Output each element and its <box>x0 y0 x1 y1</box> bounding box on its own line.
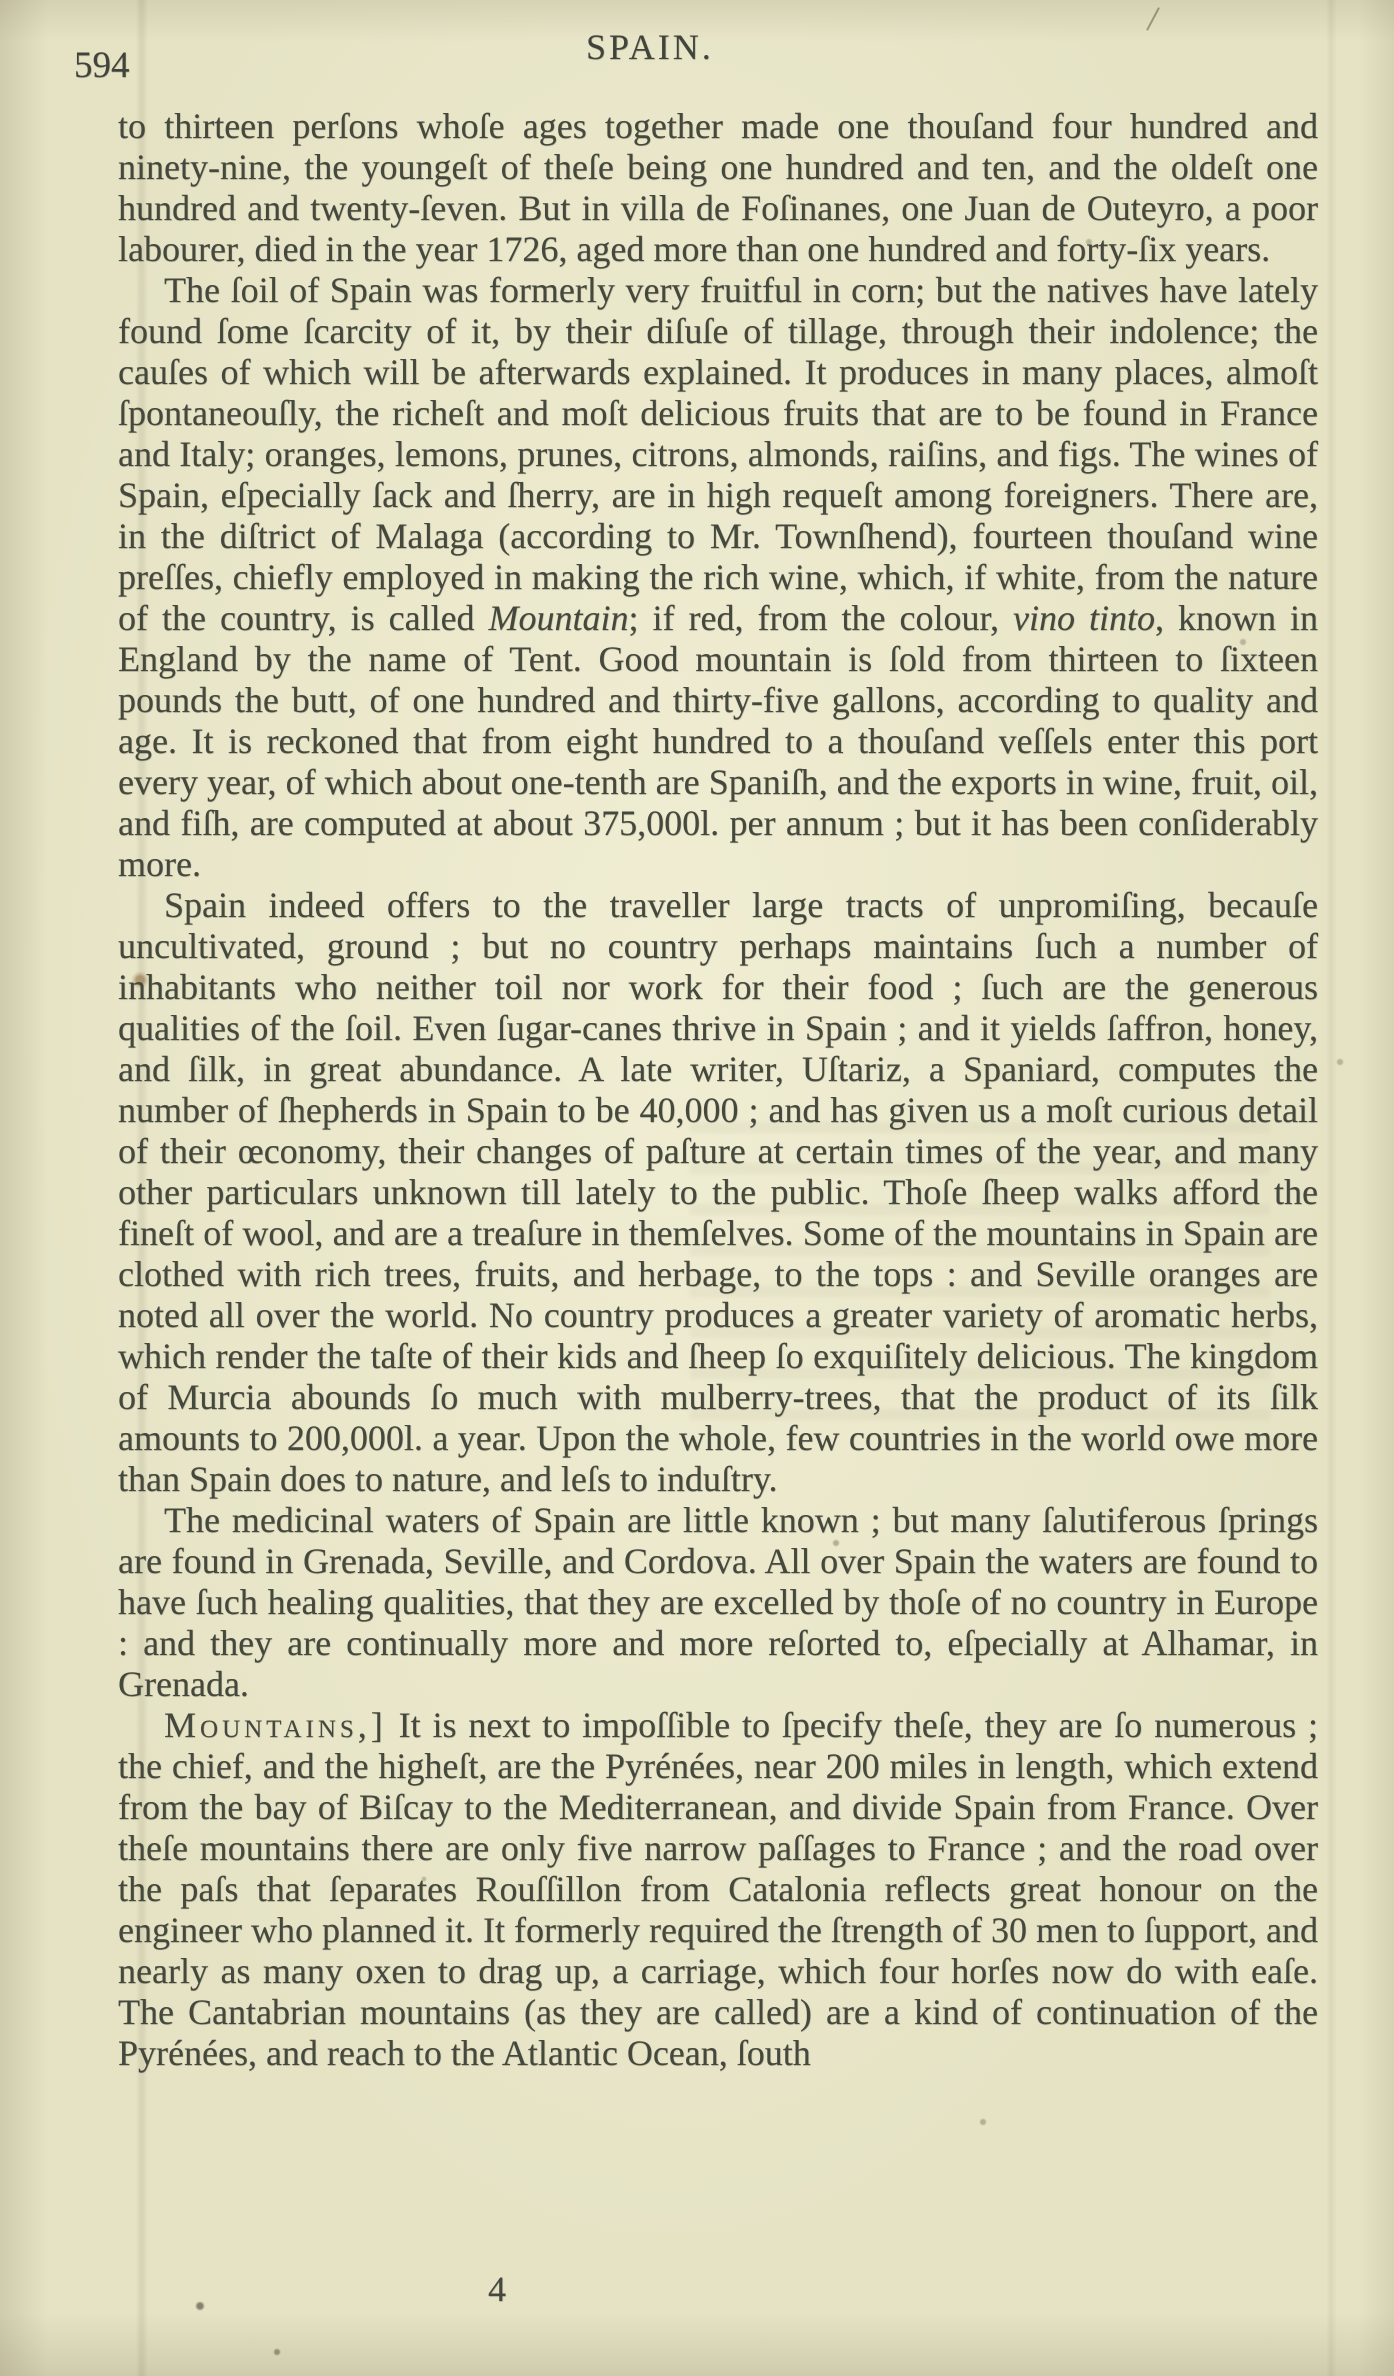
text-segment: to thirteen perſons whoſe ages together … <box>118 106 1318 269</box>
running-title: SPAIN. <box>586 26 714 68</box>
press-figure: 4 <box>488 2268 506 2310</box>
scan-slash-mark <box>1146 7 1160 31</box>
paragraph: to thirteen perſons whoſe ages together … <box>118 106 1318 270</box>
scanned-page: 594 SPAIN. to thirteen perſons whoſe age… <box>0 0 1394 2376</box>
paragraph: The medicinal waters of Spain are little… <box>118 1500 1318 1705</box>
paragraph: Mountains,] It is next to impoſſible to … <box>118 1705 1318 2074</box>
text-segment: The medicinal waters of Spain are little… <box>118 1500 1318 1704</box>
page-number: 594 <box>74 44 130 87</box>
text-segment: Spain indeed offers to the traveller lar… <box>118 885 1318 1499</box>
page-body: to thirteen perſons whoſe ages together … <box>118 106 1318 2074</box>
section-heading: Mountains,] <box>164 1705 387 1745</box>
text-segment: vino tinto <box>1013 598 1155 638</box>
text-segment: ; if red, from the colour, <box>629 598 1013 638</box>
text-segment: The ſoil of Spain was formerly very frui… <box>118 270 1318 638</box>
paragraph: Spain indeed offers to the traveller lar… <box>118 885 1318 1500</box>
text-segment: , known in England by the name of Tent. … <box>118 598 1318 884</box>
text-segment: Mountain <box>489 598 629 638</box>
paragraph: The ſoil of Spain was formerly very frui… <box>118 270 1318 885</box>
text-segment: It is next to impoſſible to ſpecify theſ… <box>118 1705 1318 2073</box>
